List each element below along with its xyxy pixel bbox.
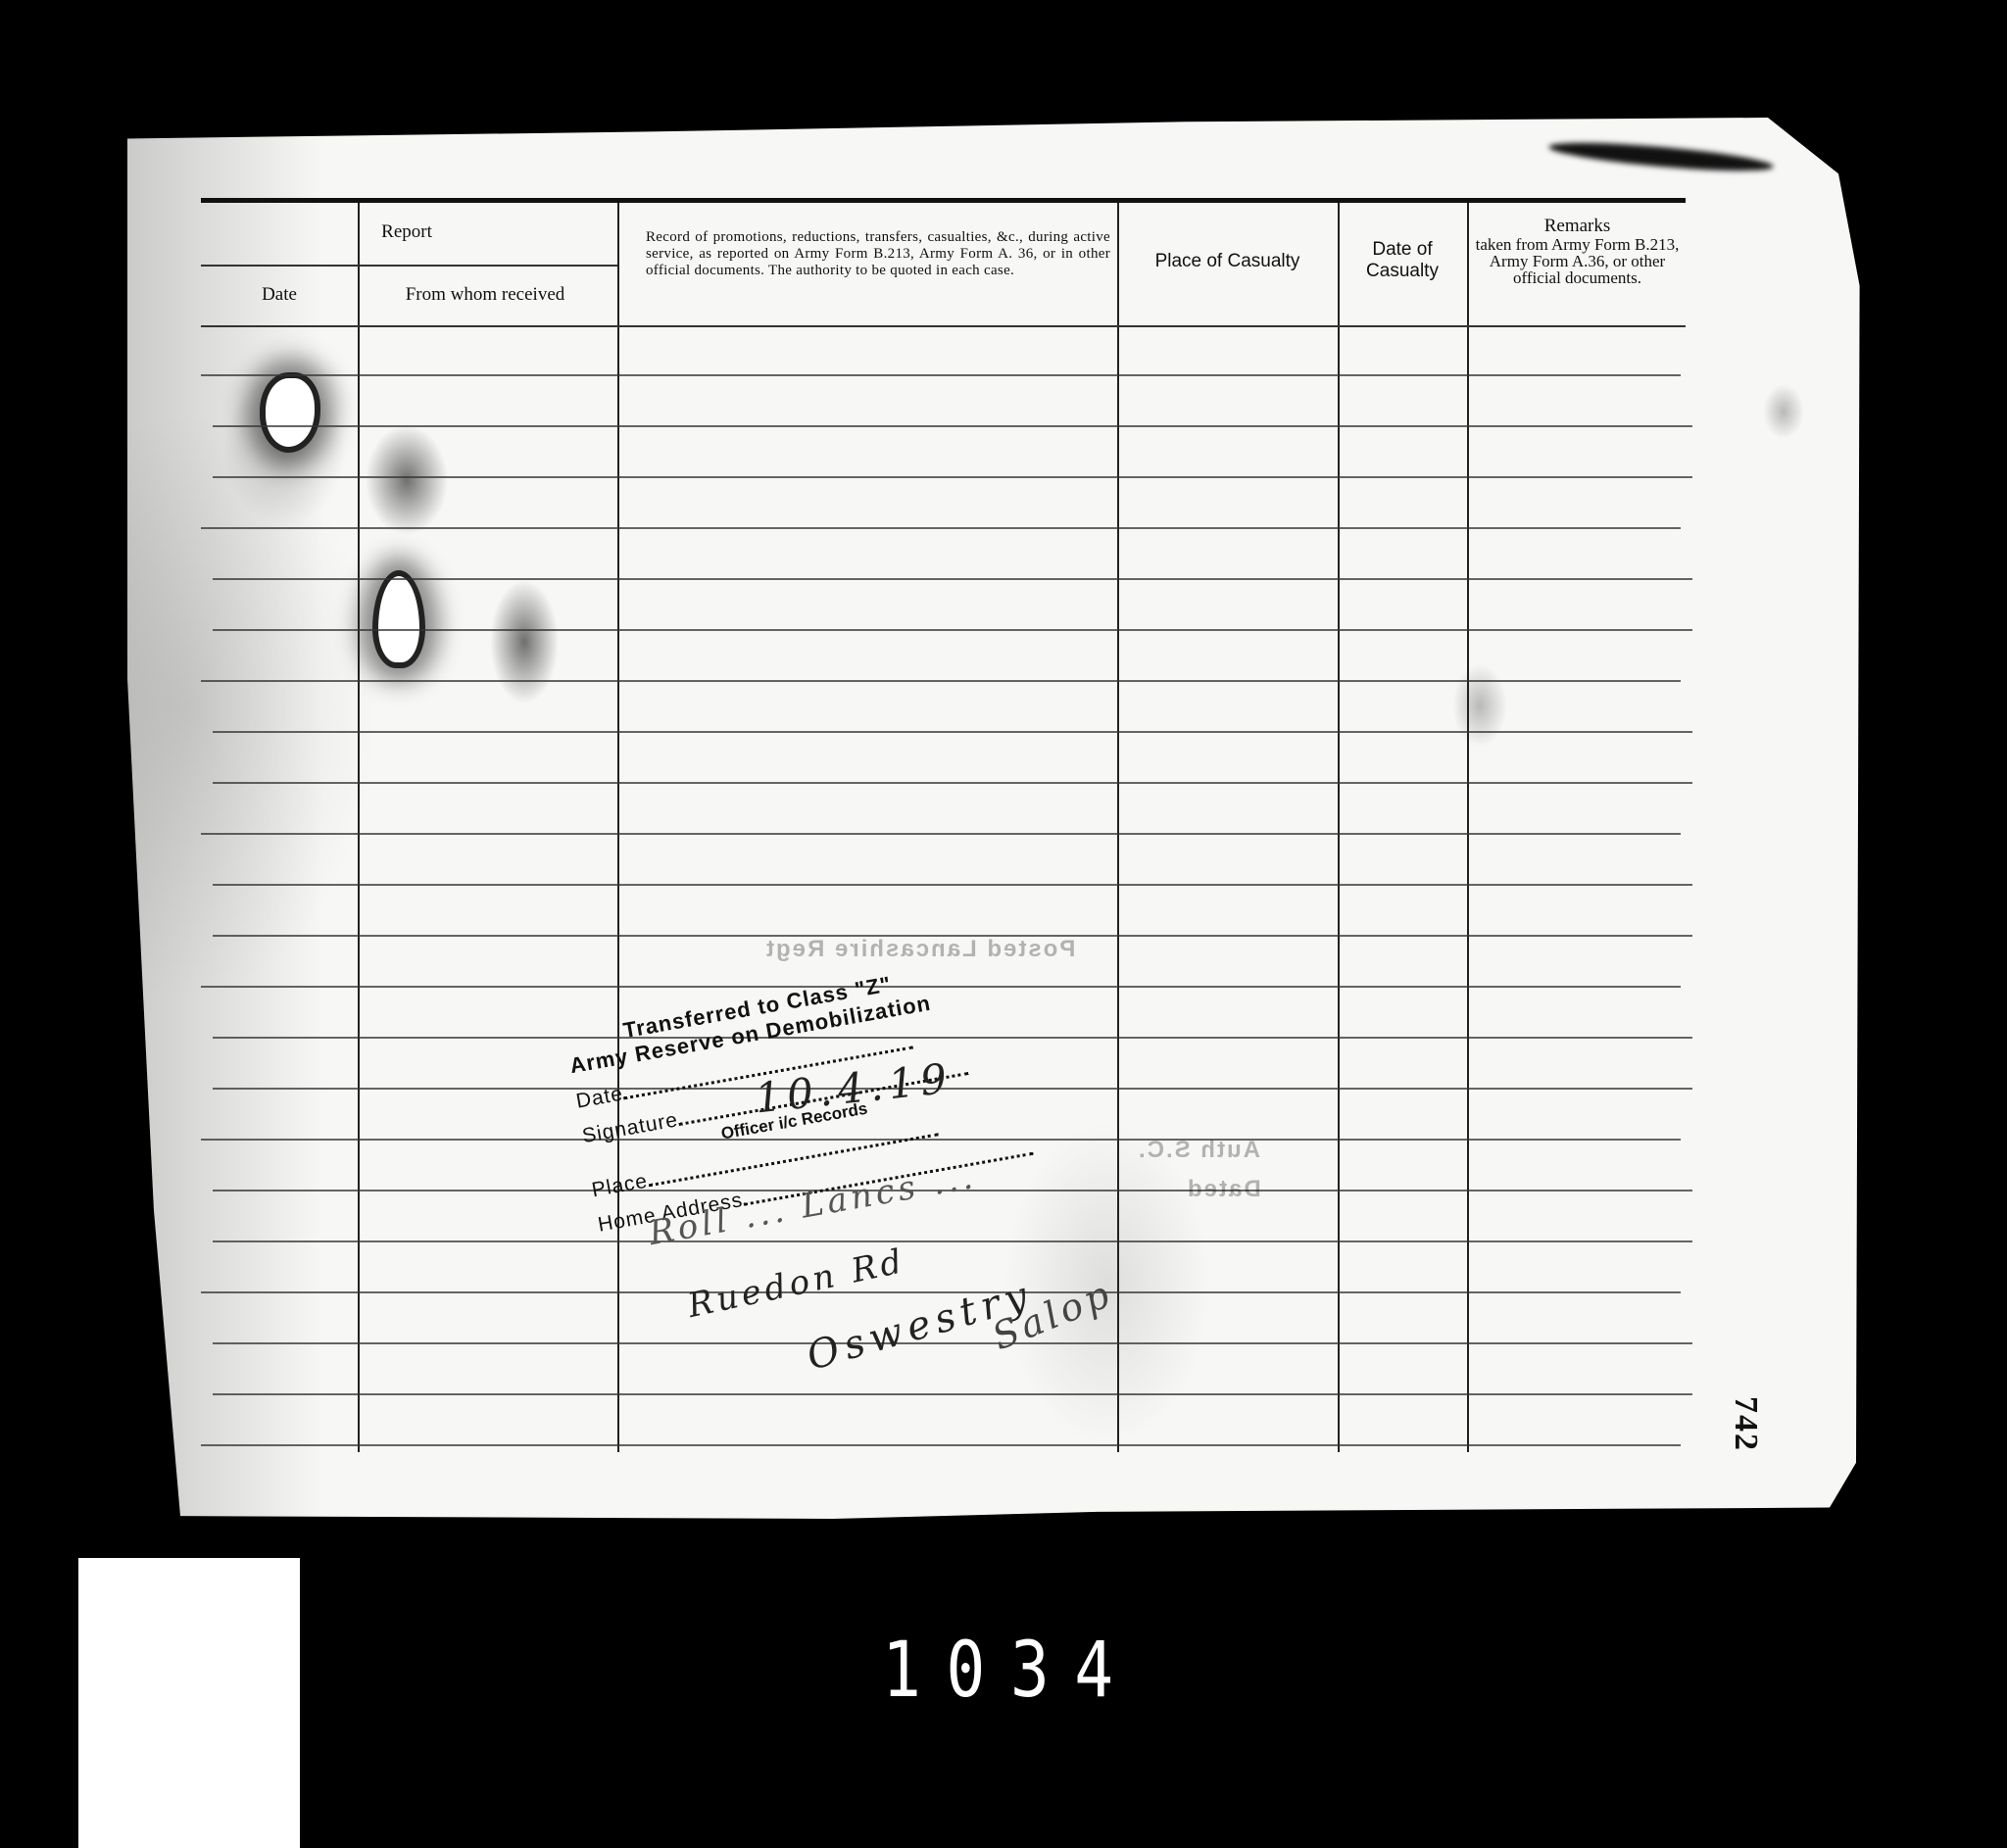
header-date-of-casualty: Date of Casualty	[1338, 239, 1467, 282]
column-rule	[1117, 203, 1119, 1452]
remarks-title: Remarks	[1467, 218, 1688, 234]
top-rule	[201, 198, 1686, 203]
stamp-date-label: Date	[574, 1083, 625, 1113]
column-rule	[358, 203, 360, 1452]
subheader-rule	[201, 265, 617, 267]
row-rule	[213, 1342, 1692, 1344]
header-date: Date	[201, 284, 358, 306]
header-remarks: Remarks taken from Army Form B.213, Army…	[1467, 218, 1688, 286]
row-rule	[213, 731, 1692, 733]
blank-calibration-card	[78, 1558, 300, 1848]
row-rule	[201, 1291, 1681, 1293]
header-report: Report	[201, 221, 612, 243]
row-rule	[213, 629, 1692, 631]
row-rule	[213, 476, 1692, 478]
row-rule	[213, 578, 1692, 580]
row-rule	[213, 1240, 1692, 1242]
row-rule	[213, 884, 1692, 886]
header-place-of-casualty: Place of Casualty	[1117, 251, 1338, 272]
column-rule	[1338, 203, 1340, 1452]
remarks-body: taken from Army Form B.213, Army Form A.…	[1476, 235, 1680, 287]
header-from-whom-received: From whom received	[358, 284, 612, 306]
row-rule	[213, 1393, 1692, 1395]
frame-number: 1034	[882, 1627, 1139, 1715]
row-rule	[201, 833, 1681, 835]
row-rule	[213, 425, 1692, 427]
stamp-place-label: Place	[590, 1170, 650, 1202]
row-rule	[201, 680, 1681, 682]
stamp-signature-label: Signature	[580, 1108, 679, 1147]
row-rule	[201, 1444, 1681, 1446]
header-record: Record of promotions, reductions, transf…	[620, 229, 1110, 279]
header-rule	[201, 325, 1686, 327]
row-rule	[213, 782, 1692, 784]
column-rule	[617, 203, 619, 1452]
ghost-text: Dated	[1186, 1176, 1261, 1203]
row-rule	[201, 527, 1681, 529]
row-rule	[201, 374, 1681, 376]
column-rule	[1467, 203, 1469, 1452]
sheet-number: 742	[1727, 1396, 1764, 1452]
ghost-text: Auth S.C.	[1137, 1137, 1260, 1164]
